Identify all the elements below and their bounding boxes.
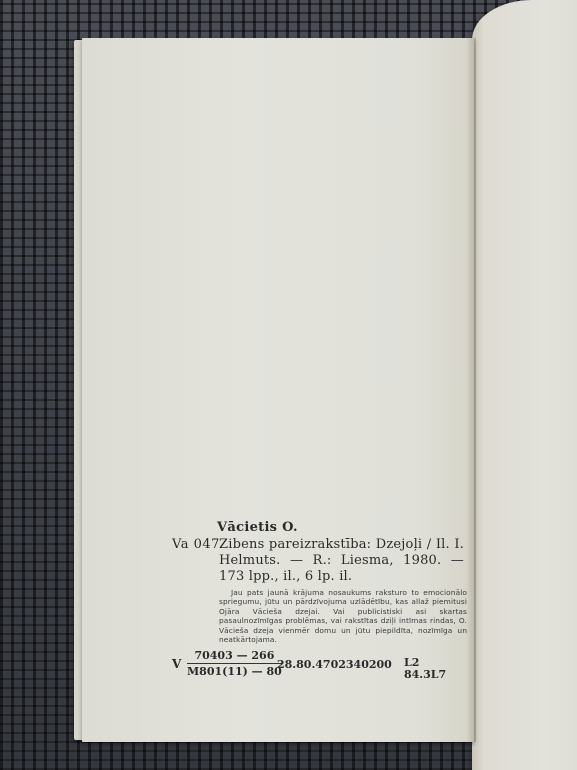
fraction-denominator: M801(11) — 80	[187, 664, 282, 679]
catalog-code: Va 047	[172, 537, 220, 553]
photo-scene: Vācietis O. Va 047 Zibens pareizrakstība…	[0, 0, 577, 770]
bbk-line-2: 84.3L7	[404, 669, 446, 681]
right-book-page	[472, 0, 577, 770]
bibliographic-entry: Va 047 Zibens pareizrakstība: Dzejoļi / …	[172, 537, 472, 585]
index-letter: V	[172, 657, 181, 671]
annotation-text: Jau pats jaunā krājuma nosaukums rakstur…	[219, 588, 467, 644]
index-fraction: 70403 — 266 M801(11) — 80	[187, 649, 282, 679]
index-codes: V 70403 — 266 M801(11) — 80 28.80.470234…	[172, 649, 472, 681]
author-name: Vācietis O.	[217, 519, 472, 537]
bbk-code: L2 84.3L7	[404, 657, 446, 681]
index-number: 28.80.4702340200	[277, 658, 392, 671]
library-catalog-card: Vācietis O. Va 047 Zibens pareizrakstība…	[172, 519, 472, 681]
title-and-publication: Zibens pareizrakstība: Dzejoļi / Il. I. …	[219, 537, 464, 585]
fraction-numerator: 70403 — 266	[187, 649, 282, 664]
